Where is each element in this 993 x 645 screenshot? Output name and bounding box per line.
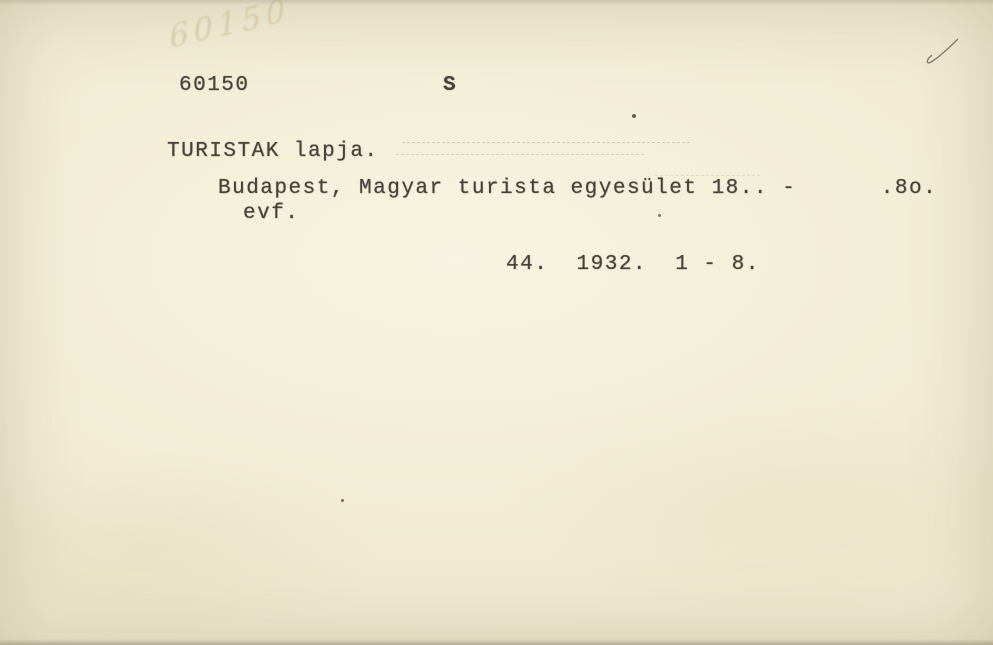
pencil-guide-line [655, 175, 760, 176]
pencil-guide-line [396, 154, 644, 155]
catalog-card: 60150 60150 S TURISTAK lapja. Budapest, … [0, 0, 993, 645]
imprint-line: Budapest, Magyar turista egyesület 18.. … [218, 177, 937, 200]
call-number: 60150 [179, 74, 250, 97]
ink-speck [658, 214, 661, 217]
checkmark-icon [918, 35, 962, 73]
holdings-line: 44. 1932. 1 - 8. [506, 253, 760, 276]
section-letter: S [443, 74, 457, 97]
title-line: TURISTAK lapja. [167, 140, 379, 163]
ink-speck [632, 114, 636, 118]
pencil-guide-line [402, 142, 690, 143]
imprint-continuation: evf. [243, 202, 299, 225]
ghost-number-impression: 60150 [168, 0, 292, 56]
card-top-edge-shading [0, 0, 993, 5]
card-bottom-edge-shadow [0, 639, 993, 645]
ink-speck [341, 499, 344, 502]
